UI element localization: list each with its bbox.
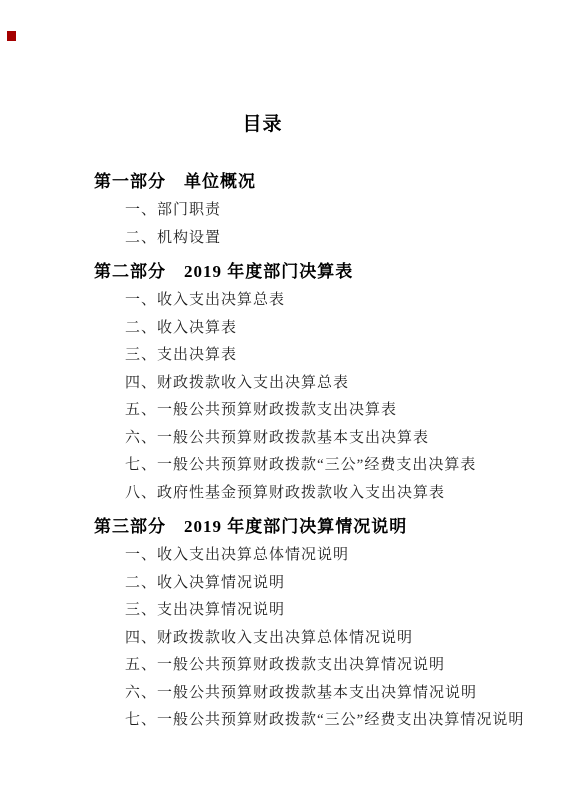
toc-item: 五、一般公共预算财政拨款支出决算表 bbox=[125, 397, 565, 425]
toc-item: 八、政府性基金预算财政拨款收入支出决算表 bbox=[125, 480, 565, 508]
section-heading: 第一部分 单位概况 bbox=[94, 168, 565, 195]
toc-content: 目录 第一部分 单位概况 一、部门职责 二、机构设置 第二部分 2019 年度部… bbox=[0, 0, 565, 735]
toc-item: 一、收入支出决算总表 bbox=[125, 287, 565, 315]
toc-item: 五、一般公共预算财政拨款支出决算情况说明 bbox=[125, 652, 565, 680]
toc-item: 二、收入决算表 bbox=[125, 315, 565, 343]
toc-item: 六、一般公共预算财政拨款基本支出决算表 bbox=[125, 425, 565, 453]
toc-section-final-account-tables: 第二部分 2019 年度部门决算表 一、收入支出决算总表 二、收入决算表 三、支… bbox=[0, 258, 565, 507]
toc-item: 四、财政拨款收入支出决算总体情况说明 bbox=[125, 625, 565, 653]
red-annotation-marker bbox=[7, 31, 16, 41]
toc-item: 一、收入支出决算总体情况说明 bbox=[125, 542, 565, 570]
section-heading: 第三部分 2019 年度部门决算情况说明 bbox=[94, 513, 565, 540]
toc-item: 三、支出决算表 bbox=[125, 342, 565, 370]
toc-item: 七、一般公共预算财政拨款“三公”经费支出决算情况说明 bbox=[125, 707, 565, 735]
toc-item: 六、一般公共预算财政拨款基本支出决算情况说明 bbox=[125, 680, 565, 708]
toc-item: 一、部门职责 bbox=[125, 197, 565, 225]
toc-title: 目录 bbox=[0, 112, 525, 138]
toc-item: 七、一般公共预算财政拨款“三公”经费支出决算表 bbox=[125, 452, 565, 480]
toc-section-final-account-notes: 第三部分 2019 年度部门决算情况说明 一、收入支出决算总体情况说明 二、收入… bbox=[0, 513, 565, 735]
toc-section-unit-overview: 第一部分 单位概况 一、部门职责 二、机构设置 bbox=[0, 168, 565, 252]
toc-item: 四、财政拨款收入支出决算总表 bbox=[125, 370, 565, 398]
toc-item: 二、收入决算情况说明 bbox=[125, 570, 565, 598]
toc-item: 三、支出决算情况说明 bbox=[125, 597, 565, 625]
section-heading: 第二部分 2019 年度部门决算表 bbox=[94, 258, 565, 285]
toc-item: 二、机构设置 bbox=[125, 225, 565, 253]
document-page: 目录 第一部分 单位概况 一、部门职责 二、机构设置 第二部分 2019 年度部… bbox=[0, 0, 565, 800]
